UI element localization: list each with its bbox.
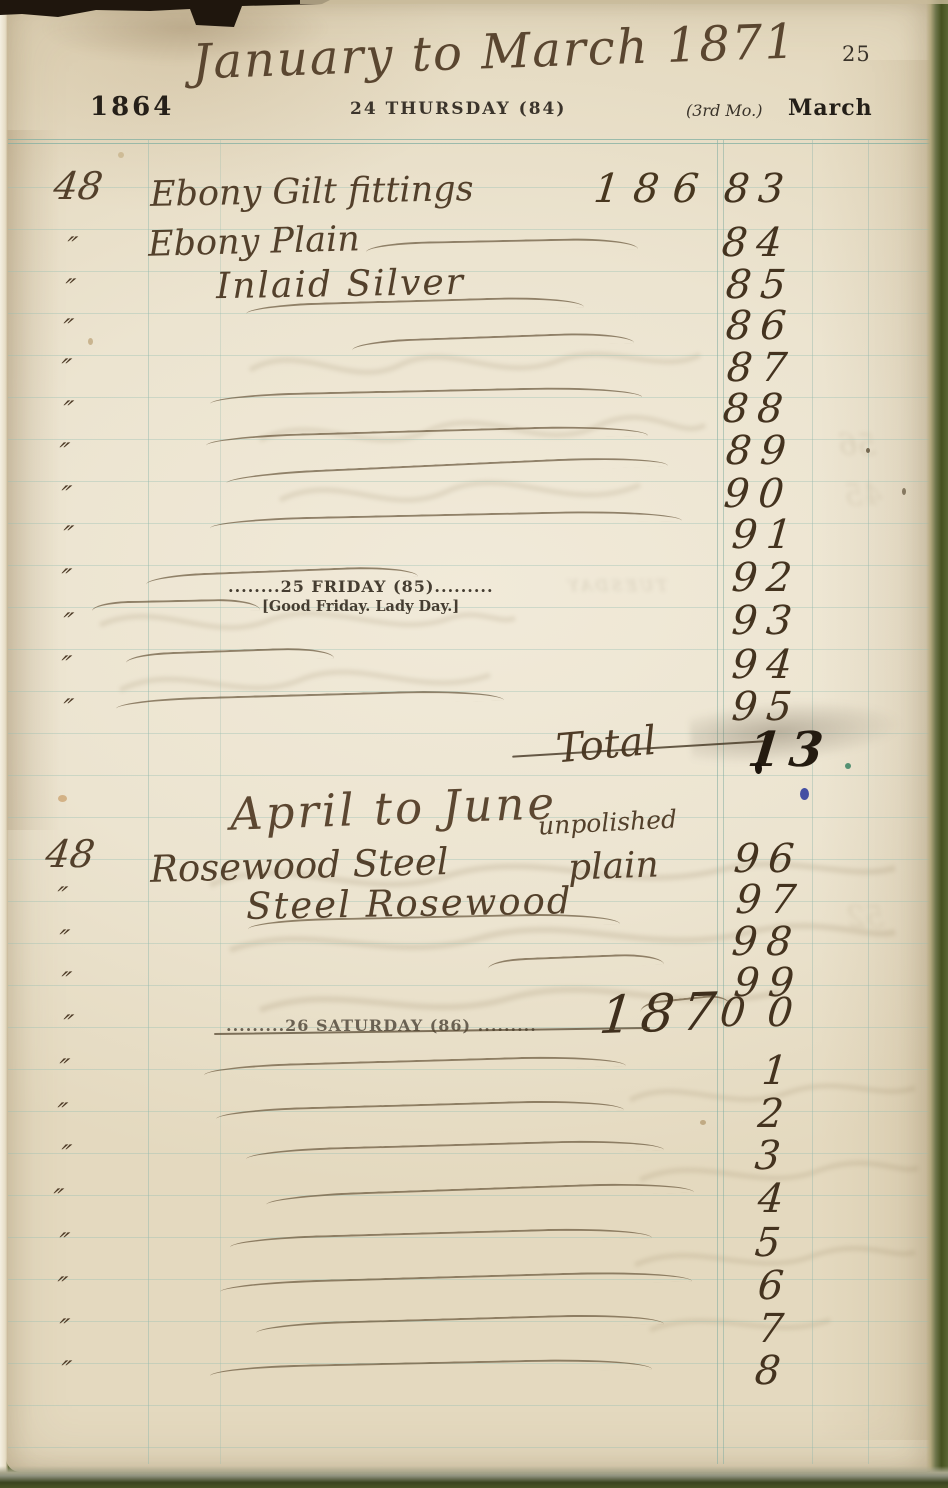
serial-number: 1 (760, 1048, 798, 1094)
column-rule (148, 140, 149, 1464)
entry-stock-number: 186 (592, 166, 715, 212)
head-rule (8, 139, 933, 140)
serial-number: 7 (756, 1306, 794, 1352)
printed-page-number: 25 (842, 42, 871, 66)
column-rule (868, 140, 869, 1464)
blue-ink-dot (800, 788, 809, 800)
printed-day-heading: 24 THURSDAY (84) (350, 99, 566, 119)
serial-number: 85 (724, 262, 797, 308)
page-top-edge (300, 0, 948, 4)
serial-number: 89 (724, 428, 797, 474)
serial-number: 91 (730, 512, 803, 558)
fox-spot (866, 448, 870, 453)
serial-number: 88 (721, 386, 794, 432)
scanned-diary-page: TUESDAY 56 45 52 January to March 1871 2… (0, 0, 948, 1488)
total-label: Total (554, 718, 658, 773)
serial-number: 3 (753, 1133, 791, 1179)
qty-value: 48 (51, 164, 106, 208)
printed-friday-note: [Good Friday. Lady Day.] (262, 598, 459, 615)
page-left-edge (0, 0, 8, 1488)
page-bottom-edge (0, 1466, 948, 1488)
fox-spot (88, 338, 93, 345)
serial-number: 83 (722, 166, 795, 212)
fox-spot (700, 1120, 706, 1125)
serial-number: 84 (720, 220, 793, 266)
entry-description-tail: plain (567, 844, 659, 888)
serial-number: 90 (722, 471, 795, 517)
serial-number: 5 (753, 1220, 791, 1266)
column-rule (717, 140, 718, 1464)
printed-month-prefix: (3rd Mo.) (686, 101, 762, 120)
green-fleck (845, 763, 851, 769)
printed-year: 1864 (90, 92, 174, 122)
serial-number: 8 (753, 1348, 791, 1394)
serial-number: 93 (730, 598, 803, 644)
serial-number: 98 (730, 919, 803, 965)
entry-stock-number: 187 (597, 982, 727, 1046)
entry-description: Ebony Gilt fittings (150, 169, 474, 215)
column-rule (812, 140, 813, 1464)
printed-friday-heading: ........25 FRIDAY (85)......... (228, 577, 494, 596)
serial-number: 96 (732, 836, 805, 882)
printed-month: March (788, 95, 873, 121)
entry-description: Inlaid Silver (216, 262, 466, 307)
serial-number: 94 (730, 642, 803, 688)
entry-description: Ebony Plain (148, 219, 361, 265)
fox-spot (902, 488, 906, 495)
fox-spot (118, 152, 124, 158)
serial-number: 92 (730, 555, 803, 601)
serial-number: 6 (756, 1263, 794, 1309)
serial-number: 4 (756, 1176, 794, 1222)
serial-number: 2 (756, 1091, 794, 1137)
head-rule (8, 143, 933, 144)
serial-number: 86 (724, 303, 797, 349)
qty-value: 48 (43, 832, 98, 876)
serial-number: 97 (734, 877, 807, 923)
serial-number: 87 (725, 345, 798, 391)
serial-number: 00 (718, 990, 817, 1036)
column-rule (220, 140, 221, 1464)
fox-spot (58, 795, 67, 802)
entry-description: Steel Rosewood (246, 879, 573, 928)
page-right-edge (926, 0, 948, 1488)
ink-blot (755, 762, 762, 774)
